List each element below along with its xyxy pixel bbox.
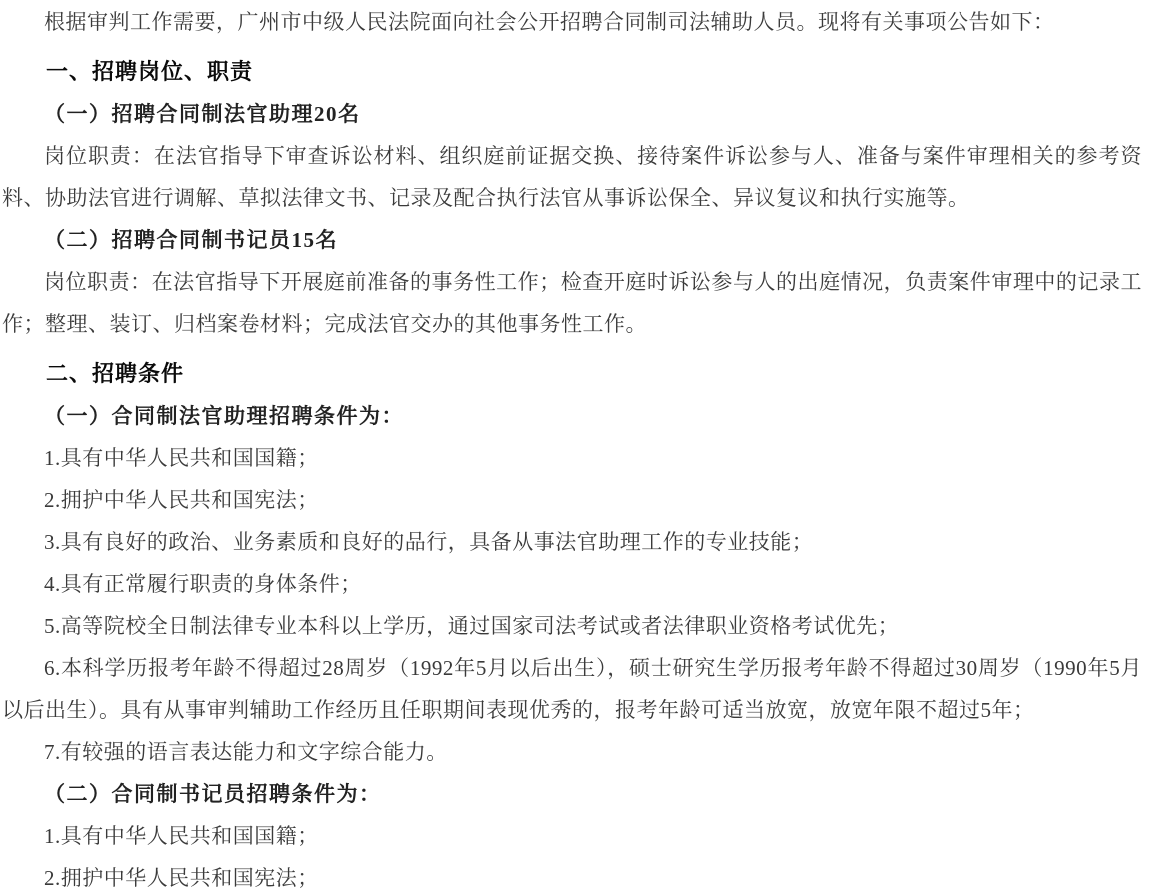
condition-item: 4.具有正常履行职责的身体条件； [2, 563, 1142, 605]
clerk-duties-paragraph: 岗位职责：在法官指导下开展庭前准备的事务性工作；检查开庭时诉讼参与人的出庭情况，… [2, 261, 1142, 345]
section-2-heading: 二、招聘条件 [2, 353, 1142, 395]
condition-item: 1.具有中华人民共和国国籍； [2, 437, 1142, 479]
condition-item: 7.有较强的语言表达能力和文字综合能力。 [2, 731, 1142, 773]
condition-item: 3.具有良好的政治、业务素质和良好的品行，具备从事法官助理工作的专业技能； [2, 521, 1142, 563]
condition-item: 5.高等院校全日制法律专业本科以上学历，通过国家司法考试或者法律职业资格考试优先… [2, 605, 1142, 647]
intro-paragraph: 根据审判工作需要，广州市中级人民法院面向社会公开招聘合同制司法辅助人员。现将有关… [2, 1, 1142, 43]
announcement-document: 根据审判工作需要，广州市中级人民法院面向社会公开招聘合同制司法辅助人员。现将有关… [0, 0, 1150, 892]
condition-item: 6.本科学历报考年龄不得超过28周岁（1992年5月以后出生），硕士研究生学历报… [2, 647, 1142, 731]
condition-item: 1.具有中华人民共和国国籍； [2, 815, 1142, 857]
condition-item: 2.拥护中华人民共和国宪法； [2, 857, 1142, 892]
section-2-subheading-clerk-conditions: （二）合同制书记员招聘条件为： [2, 773, 1142, 815]
section-2-subheading-assistant-judge-conditions: （一）合同制法官助理招聘条件为： [2, 395, 1142, 437]
section-1-subheading-clerk: （二）招聘合同制书记员15名 [2, 219, 1142, 261]
section-1-subheading-assistant-judge: （一）招聘合同制法官助理20名 [2, 93, 1142, 135]
condition-item: 2.拥护中华人民共和国宪法； [2, 479, 1142, 521]
assistant-judge-duties-paragraph: 岗位职责：在法官指导下审查诉讼材料、组织庭前证据交换、接待案件诉讼参与人、准备与… [2, 135, 1142, 219]
section-1-heading: 一、招聘岗位、职责 [2, 51, 1142, 93]
